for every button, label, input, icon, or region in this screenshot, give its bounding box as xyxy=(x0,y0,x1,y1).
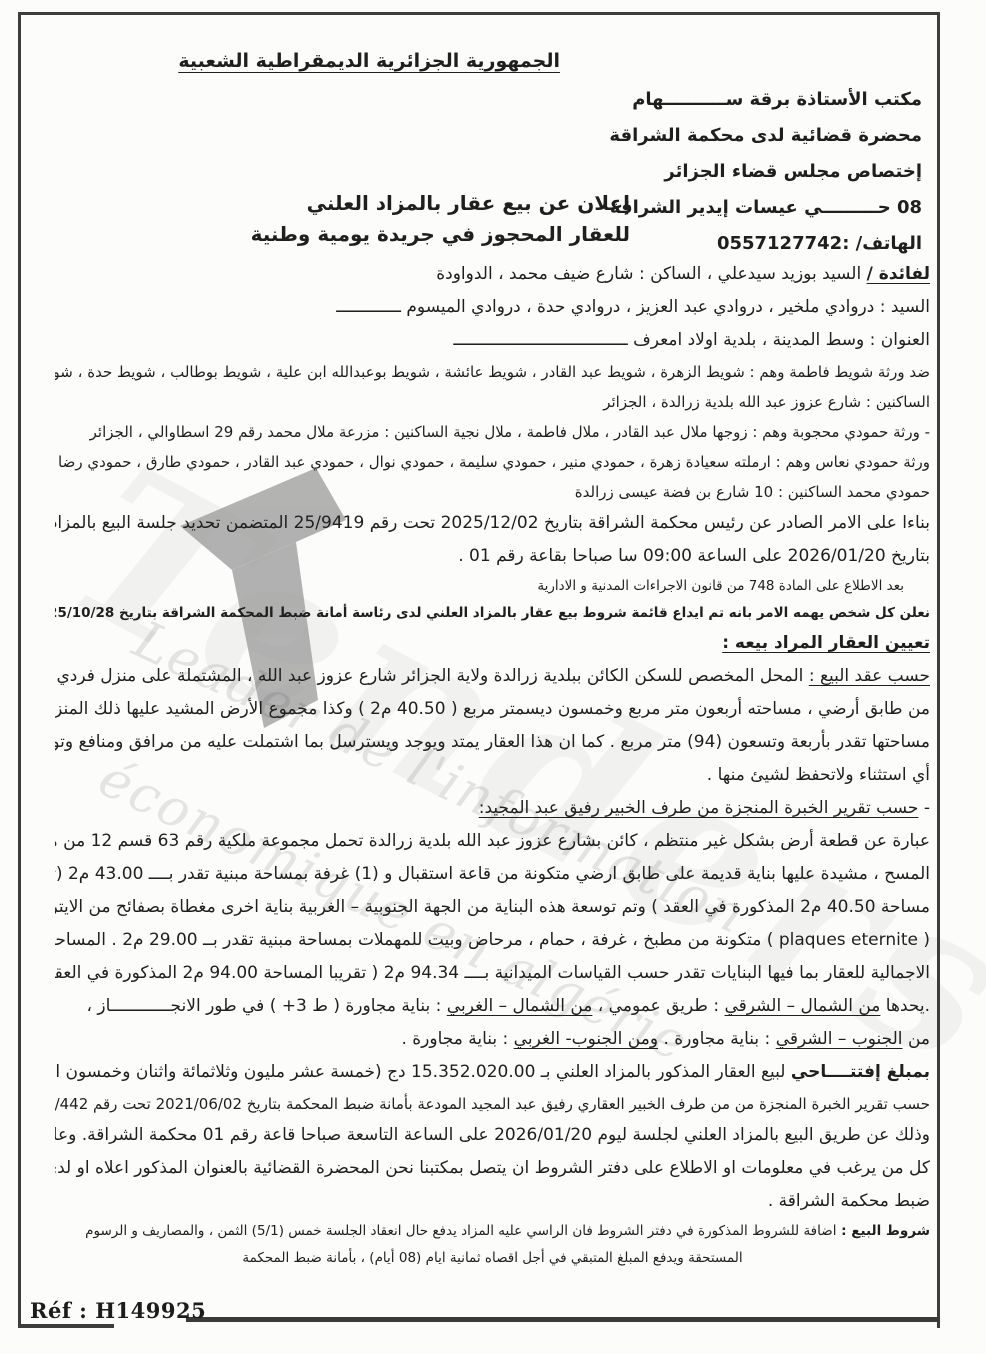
conditions-label: شروط البيع : xyxy=(836,1223,930,1239)
line-sale-2: كل من يرغب في معلومات او الاطلاع على دفت… xyxy=(55,1152,930,1185)
line-sale-1: وذلك عن طريق البيع بالمزاد العلني لجلسة … xyxy=(55,1119,930,1152)
bounds1-pre: .يحدها xyxy=(880,996,930,1016)
conditions-line1-text: اضافة للشروط المذكورة في دفتر الشروط فان… xyxy=(85,1223,836,1239)
document-page: Tenders Leader de l'information économiq… xyxy=(0,0,986,1354)
bailiff-office-block: مكتب الأستاذة برقة ســــــــــهام محضرة … xyxy=(609,82,922,262)
document-header: الجمهورية الجزائرية الديمقراطية الشعبية … xyxy=(55,40,930,258)
line-court-order-1: بناءا على الامر الصادر عن رئيس محكمة الش… xyxy=(55,507,930,540)
beneficiary-label: لفائدة / xyxy=(867,264,930,284)
heading-expert-report: - حسب تقرير الخبرة المنجزة من طرف الخبير… xyxy=(55,792,930,825)
line-contract-3: مساحتها تقدر بأربعة وتسعون (94) متر مربع… xyxy=(55,726,930,759)
line-heirs-2b: حمودي محمد الساكنين : 10 شارع بن فضة عيس… xyxy=(55,477,930,507)
bounds2-south-east: الجنوب – الشرقي xyxy=(776,1029,903,1049)
line-article-748: بعد الاطلاع على المادة 748 من قانون الاج… xyxy=(55,573,930,600)
line-expert-report-2: حسب تقرير الخبرة المنجزة من من طرف الخبي… xyxy=(55,1089,930,1119)
line-heirs-2a: ورثة حمودي نعاس وهم : ارملته سعيادة زهرة… xyxy=(55,447,930,477)
line-expert-5: الاجمالية للعقار بما فيها البنايات تقدر … xyxy=(55,957,930,990)
line-contract-1: حسب عقد البيع : المحل المخصص للسكن الكائ… xyxy=(55,660,930,693)
expert-dash: - xyxy=(918,798,930,818)
bounds2-south-west: ومن الجنوب- الغربي xyxy=(514,1029,658,1049)
page-border-foot xyxy=(18,1324,114,1328)
beneficiary-text: السيد بوزيد سيدعلي ، الساكن : شارع ضيف م… xyxy=(436,264,866,284)
designation-heading-text: تعيين العقار المراد بيعه : xyxy=(722,633,930,653)
line-sayed: السيد : دروادي ملخير ، دروادي عبد العزيز… xyxy=(55,291,930,324)
line-boundaries-1: .يحدها من الشمال – الشرقي : طريق عمومي ،… xyxy=(55,990,930,1023)
line-contract-2: من طابق أرضي ، مساحته أربعون متر مربع وخ… xyxy=(55,693,930,726)
line-expert-2: المسح ، مشيدة عليها بناية قديمة على طابق… xyxy=(55,858,930,891)
line-beneficiary: لفائدة / السيد بوزيد سيدعلي ، الساكن : ش… xyxy=(55,258,930,291)
document-content: الجمهورية الجزائرية الديمقراطية الشعبية … xyxy=(55,40,930,1272)
line-expert-1: عبارة عن قطعة أرض بشكل غير منتظم ، كائن … xyxy=(55,825,930,858)
bounds2-mid2: : بناية مجاورة . xyxy=(401,1029,513,1049)
line-boundaries-2: من الجنوب – الشرقي : بناية مجاورة . ومن … xyxy=(55,1023,930,1056)
bounds1-north-west: من الشمال – الغربي xyxy=(447,996,593,1016)
line-opening-price: بمبلغ إفتتــــاحي لبيع العقار المذكور با… xyxy=(55,1056,930,1089)
office-jurisdiction: إختصاص مجلس قضاء الجزائر xyxy=(609,154,922,190)
document-body: لفائدة / السيد بوزيد سيدعلي ، الساكن : ش… xyxy=(55,258,930,1272)
line-heirs-1: - ورثة حمودي محجوبة وهم : زوجها ملال عبد… xyxy=(55,417,930,447)
bounds1-mid1: : طريق عمومي ، xyxy=(592,996,724,1016)
republic-title: الجمهورية الجزائرية الديمقراطية الشعبية xyxy=(178,50,560,72)
line-court-order-2: بتاريخ 2026/01/20 على الساعة 09:00 سا صب… xyxy=(55,540,930,573)
notice-title-line1: إعلان عن بيع عقار بالمزاد العلني xyxy=(340,188,630,219)
opening-price-label: بمبلغ إفتتــــاحي xyxy=(791,1062,930,1082)
line-against-2: الساكنين : شارع عزوز عبد الله بلدية زرال… xyxy=(55,387,930,417)
line-contract-4: أي استثناء ولاتحفظ لشيئ منها . xyxy=(55,759,930,792)
line-sale-3: ضبط محكمة الشراقة . xyxy=(55,1185,930,1218)
heading-designation: تعيين العقار المراد بيعه : xyxy=(55,627,930,660)
office-address: 08 حـــــــــي عيسات إيدير الشراقة xyxy=(609,190,922,226)
bounds2-pre: من xyxy=(903,1029,930,1049)
line-expert-3: مساحة 40.50 م2 المذكورة في العقد ) وتم ت… xyxy=(55,891,930,924)
line-conditions-2: المستحقة ويدفع المبلغ المتبقي في أجل اقص… xyxy=(55,1245,930,1272)
line-address: العنوان : وسط المدينة ، بلدية اولاد امعر… xyxy=(55,324,930,357)
bounds2-mid1: : بناية مجاورة . xyxy=(658,1029,776,1049)
footer-rule xyxy=(186,1317,940,1322)
bounds1-north-east: من الشمال – الشرقي xyxy=(724,996,880,1016)
bounds1-mid2: : بناية مجاورة ( ط ‎+3 ) في طور الانجـــ… xyxy=(87,996,447,1016)
contract-line1-text: المحل المخصص للسكن الكائن ببلدية زرالدة … xyxy=(55,666,809,686)
line-conditions-1: شروط البيع : اضافة للشروط المذكورة في دف… xyxy=(55,1218,930,1245)
office-phone: الهاتف/ :0557127742 xyxy=(609,226,922,262)
expert-heading-text: حسب تقرير الخبرة المنجزة من طرف الخبير ر… xyxy=(479,798,919,818)
line-against-1: ضد ورثة شويط فاطمة وهم : شويط الزهرة ، ش… xyxy=(55,357,930,387)
notice-title: إعلان عن بيع عقار بالمزاد العلني للعقار … xyxy=(340,188,630,250)
notice-title-line2: للعقار المحجوز في جريدة يومية وطنية xyxy=(340,219,630,250)
contract-lead: حسب عقد البيع : xyxy=(809,666,930,686)
opening-price-text: لبيع العقار المذكور بالمزاد العلني بـ 15… xyxy=(55,1062,791,1082)
office-role: محضرة قضائية لدى محكمة الشراقة xyxy=(609,118,922,154)
line-deposit: نعلن كل شخص يهمه الامر بانه تم ايداع قائ… xyxy=(55,600,930,627)
office-name: مكتب الأستاذة برقة ســــــــــهام xyxy=(609,82,922,118)
line-expert-4: ( plaques eternite ) متكونة من مطبخ ، غر… xyxy=(55,924,930,957)
reference-number: Réf : H149925 xyxy=(30,1298,206,1323)
